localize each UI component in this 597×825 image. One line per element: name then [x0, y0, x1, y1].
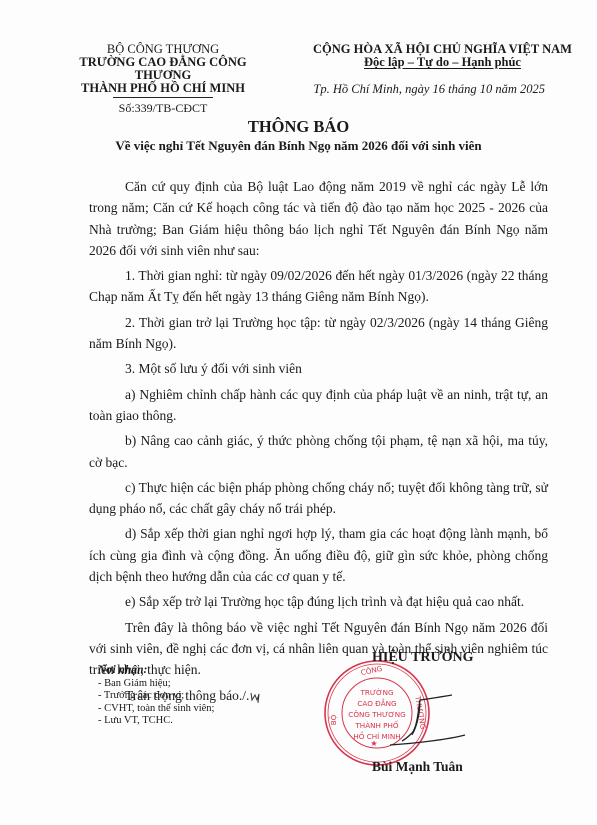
note-d: d) Sắp xếp thời gian nghỉ ngơi hợp lý, t…: [89, 523, 548, 587]
recipient-item: - Trưởng các đơn vị;: [98, 690, 214, 703]
note-c: c) Thực hiện các biện pháp phòng chống c…: [89, 477, 548, 520]
item-return-date: 2. Thời gian trở lại Trường học tập: từ …: [89, 312, 548, 355]
recipient-item: - Ban Giám hiệu;: [98, 678, 214, 691]
school-city: THÀNH PHỐ HỒ CHÍ MINH: [58, 82, 268, 95]
handwritten-signature: [390, 685, 500, 760]
national-motto: Độc lập – Tự do – Hạnh phúc: [295, 56, 590, 69]
svg-text:TRƯỜNG: TRƯỜNG: [359, 688, 393, 697]
recipients-block: Nơi nhận: - Ban Giám hiệu; - Trưởng các …: [98, 664, 214, 728]
recipients-heading: Nơi nhận:: [98, 664, 214, 677]
intro-paragraph: Căn cứ quy định của Bộ luật Lao động năm…: [89, 176, 548, 261]
item-holiday-period: 1. Thời gian nghỉ: từ ngày 09/02/2026 đế…: [89, 265, 548, 308]
recipient-item: - CVHT, toàn thể sinh viên;: [98, 703, 214, 716]
note-a: a) Nghiêm chỉnh chấp hành các quy định c…: [89, 384, 548, 427]
issuer-block: BỘ CÔNG THƯƠNG TRƯỜNG CAO ĐẲNG CÔNG THƯƠ…: [58, 43, 268, 115]
document-subtitle: Về việc nghỉ Tết Nguyên đán Bính Ngọ năm…: [0, 138, 597, 154]
item-notes-heading: 3. Một số lưu ý đối với sinh viên: [89, 358, 548, 379]
document-title: THÔNG BÁO: [0, 117, 597, 137]
signer-role: HIỆU TRƯỞNG: [372, 650, 474, 666]
document-body: Căn cứ quy định của Bộ luật Lao động năm…: [89, 176, 548, 710]
initial-mark-icon: [249, 690, 263, 704]
note-b: b) Nâng cao cảnh giác, ý thức phòng chốn…: [89, 430, 548, 473]
note-e: e) Sắp xếp trở lại Trường học tập đúng l…: [89, 591, 548, 612]
school-name: TRƯỜNG CAO ĐẲNG CÔNG THƯƠNG: [58, 56, 268, 82]
svg-text:BỘ: BỘ: [329, 714, 338, 725]
signer-name: Bùi Mạnh Tuân: [372, 759, 463, 775]
issue-date: Tp. Hồ Chí Minh, ngày 16 tháng 10 năm 20…: [295, 83, 590, 96]
national-heading: CỘNG HÒA XÃ HỘI CHỦ NGHĨA VIỆT NAM Độc l…: [295, 43, 590, 96]
header-divider: [113, 97, 213, 98]
document-number: Số:339/TB-CĐCT: [58, 102, 268, 115]
recipient-item: - Lưu VT, TCHC.: [98, 715, 214, 728]
